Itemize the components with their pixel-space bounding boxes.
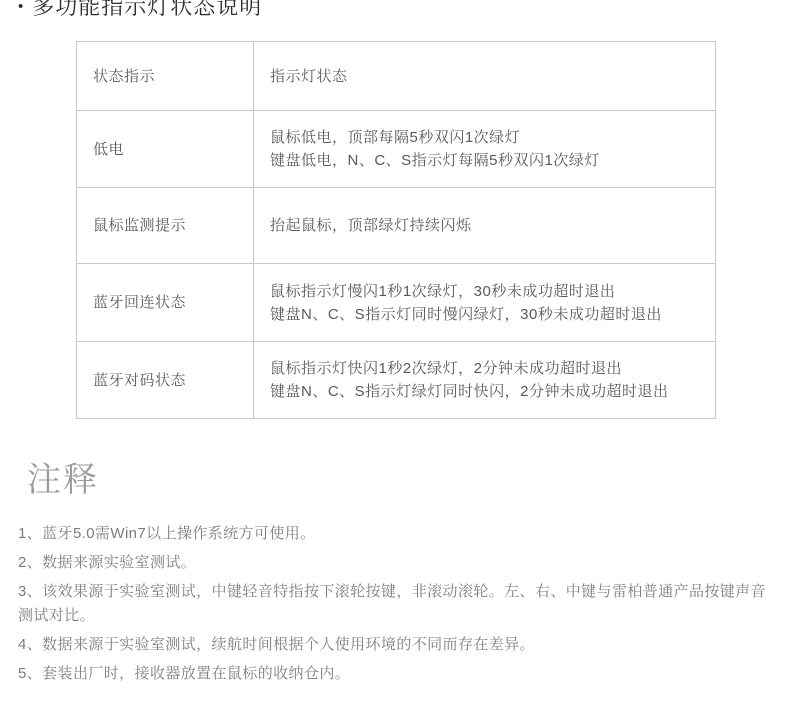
detail-line: 抬起鼠标，顶部绿灯持续闪烁 (270, 214, 701, 237)
page-title: 多功能指示灯状态说明 (32, 0, 262, 20)
table-header-status: 状态指示 (77, 42, 254, 111)
table-header-row: 状态指示 指示灯状态 (77, 42, 716, 111)
row-detail: 抬起鼠标，顶部绿灯持续闪烁 (254, 188, 716, 264)
row-label: 鼠标监测提示 (77, 188, 254, 264)
row-label: 低电 (77, 111, 254, 188)
row-detail: 鼠标指示灯慢闪1秒1次绿灯，30秒未成功超时退出 键盘N、C、S指示灯同时慢闪绿… (254, 264, 716, 342)
detail-line: 鼠标低电，顶部每隔5秒双闪1次绿灯 (270, 126, 701, 149)
table-row: 鼠标监测提示 抬起鼠标，顶部绿灯持续闪烁 (77, 188, 716, 264)
detail-line: 键盘N、C、S指示灯绿灯同时快闪，2分钟未成功超时退出 (270, 380, 701, 403)
note-item: 5、套装出厂时，接收器放置在鼠标的收纳仓内。 (18, 662, 770, 686)
detail-line: 鼠标指示灯慢闪1秒1次绿灯，30秒未成功超时退出 (270, 280, 701, 303)
table-row: 低电 鼠标低电，顶部每隔5秒双闪1次绿灯 键盘低电，N、C、S指示灯每隔5秒双闪… (77, 111, 716, 188)
detail-line: 键盘N、C、S指示灯同时慢闪绿灯，30秒未成功超时退出 (270, 303, 701, 326)
product-manual-page: • 多功能指示灯状态说明 状态指示 指示灯状态 低电 鼠标低电，顶部每隔5秒双闪… (0, 0, 790, 714)
table-header-light-state: 指示灯状态 (254, 42, 716, 111)
detail-line: 鼠标指示灯快闪1秒2次绿灯，2分钟未成功超时退出 (270, 357, 701, 380)
row-detail: 鼠标低电，顶部每隔5秒双闪1次绿灯 键盘低电，N、C、S指示灯每隔5秒双闪1次绿… (254, 111, 716, 188)
section-title-row: • 多功能指示灯状态说明 (18, 0, 262, 20)
table-row: 蓝牙回连状态 鼠标指示灯慢闪1秒1次绿灯，30秒未成功超时退出 键盘N、C、S指… (77, 264, 716, 342)
row-label: 蓝牙对码状态 (77, 342, 254, 419)
note-item: 1、蓝牙5.0需Win7以上操作系统方可使用。 (18, 522, 770, 546)
detail-line: 键盘低电，N、C、S指示灯每隔5秒双闪1次绿灯 (270, 149, 701, 172)
bullet-icon: • (18, 0, 23, 20)
notes-heading: 注释 (27, 461, 99, 499)
notes-list: 1、蓝牙5.0需Win7以上操作系统方可使用。 2、数据来源实验室测试。 3、该… (18, 522, 770, 691)
row-detail: 鼠标指示灯快闪1秒2次绿灯，2分钟未成功超时退出 键盘N、C、S指示灯绿灯同时快… (254, 342, 716, 419)
note-item: 4、数据来源于实验室测试，续航时间根据个人使用环境的不同而存在差异。 (18, 633, 770, 657)
row-label: 蓝牙回连状态 (77, 264, 254, 342)
note-item: 3、该效果源于实验室测试，中键轻音特指按下滚轮按键，非滚动滚轮。左、右、中键与雷… (18, 580, 770, 628)
indicator-status-table: 状态指示 指示灯状态 低电 鼠标低电，顶部每隔5秒双闪1次绿灯 键盘低电，N、C… (76, 41, 716, 419)
table-row: 蓝牙对码状态 鼠标指示灯快闪1秒2次绿灯，2分钟未成功超时退出 键盘N、C、S指… (77, 342, 716, 419)
note-item: 2、数据来源实验室测试。 (18, 551, 770, 575)
